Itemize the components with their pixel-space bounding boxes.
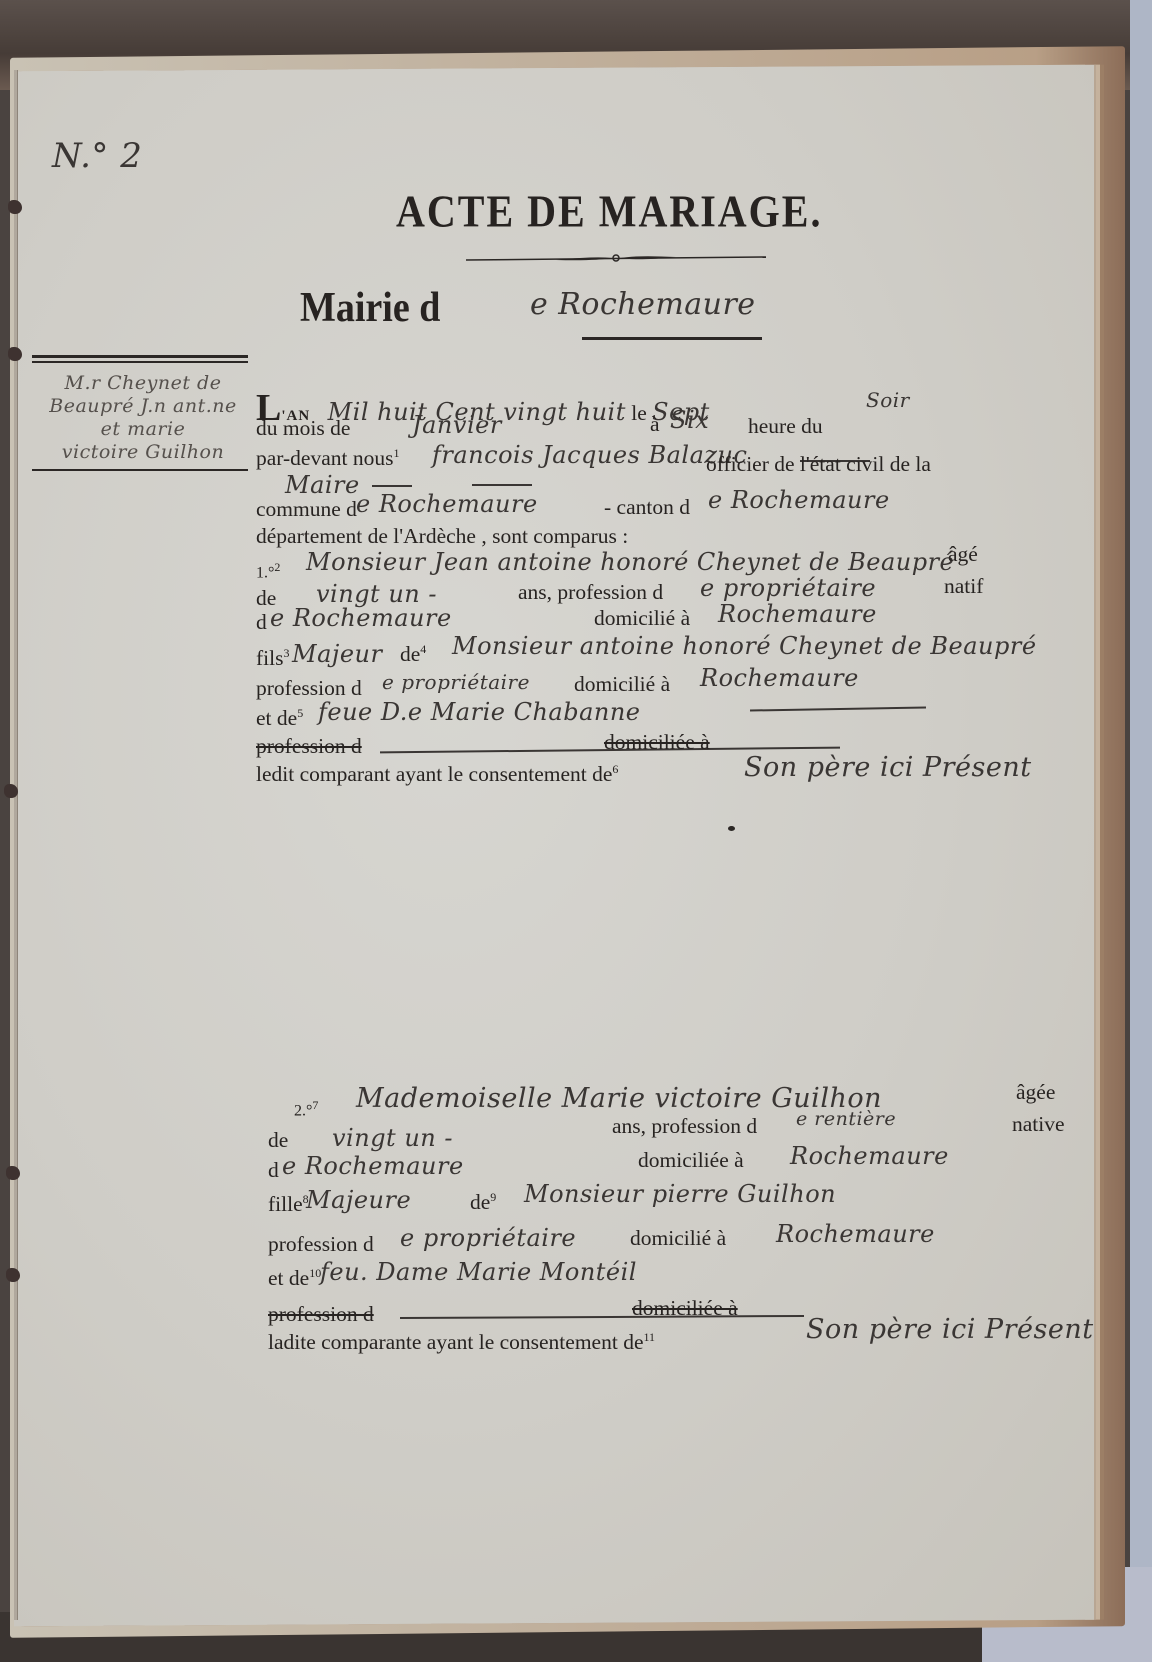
margin-note-line: Beaupré J.n ant.ne	[38, 395, 248, 418]
mairie-underline	[582, 337, 762, 340]
bride-age-label: âgée	[1016, 1080, 1055, 1105]
bride-birthplace-label: d	[268, 1158, 279, 1183]
consent-label: ledit comparant ayant le consentement de	[256, 762, 612, 786]
binding-stitch	[6, 1268, 20, 1282]
fill-rule	[472, 484, 532, 486]
bride-mother-domicile-struck: domiciliée à	[632, 1296, 738, 1321]
groom-consent-line: ledit comparant ayant le consentement de…	[256, 762, 618, 787]
groom-profession-label: ans, profession d	[518, 580, 663, 605]
bride-age-value: vingt un -	[332, 1124, 453, 1152]
bride-profession-label: ans, profession d	[612, 1114, 757, 1139]
groom-mother-line: et de5	[256, 706, 303, 731]
officer-name-value: francois Jacques Balazuc	[432, 441, 747, 469]
groom-age-label: âgé	[948, 542, 978, 567]
canton-label: - canton d	[604, 495, 690, 520]
bride-majeure-value: Majeure	[306, 1186, 411, 1214]
le-label: le	[631, 401, 647, 425]
groom-majeur-value: Majeur	[292, 640, 382, 668]
canton-value: e Rochemaure	[708, 486, 890, 514]
groom-natif-label: natif	[944, 574, 983, 599]
par-devant-line: par-devant nous1	[256, 446, 399, 471]
consent-label: ladite comparante ayant le consentement …	[268, 1330, 643, 1354]
bride-fille-line: fille8	[268, 1192, 309, 1217]
footnote-marker: 5	[297, 706, 303, 720]
acte-number: N.° 2	[52, 136, 142, 176]
binding-stitch	[8, 200, 22, 214]
bride-birthplace-value: e Rochemaure	[282, 1152, 464, 1180]
mairie-value: e Rochemaure	[530, 287, 756, 322]
bride-native-label: native	[1012, 1112, 1065, 1137]
bride-domicile-label: domiciliée à	[638, 1148, 744, 1173]
groom-mother-profession-struck: profession d	[256, 734, 362, 759]
margin-rule	[32, 355, 248, 358]
groom-birthplace-label: d	[256, 610, 267, 635]
footnote-marker: 7	[312, 1098, 318, 1112]
groom-number: 1.°2	[256, 560, 280, 582]
officier-label: officier de l'état civil de la	[706, 452, 931, 477]
groom-name-value: Monsieur Jean antoine honoré Cheynet de …	[306, 548, 954, 576]
time-of-day-value: Soir	[866, 388, 910, 412]
groom-domicile-label: domicilié à	[594, 606, 690, 631]
margin-note-line: M.r Cheynet de	[38, 372, 248, 395]
du-mois-label: du mois de	[256, 416, 350, 441]
groom-profession-value: e propriétaire	[700, 574, 876, 602]
groom-mother-name-value: feue D.e Marie Chabanne	[318, 698, 641, 726]
footnote-marker: 6	[612, 762, 618, 776]
title-flourish-divider	[466, 253, 766, 265]
footnote-marker: 9	[490, 1190, 496, 1204]
bride-mother-line: et de10	[268, 1266, 321, 1291]
margin-rule	[32, 361, 248, 363]
groom-father-profession-value: e propriétaire	[382, 670, 530, 694]
et-de-label: et de	[268, 1266, 309, 1290]
bride-consent-line: ladite comparante ayant le consentement …	[268, 1330, 655, 1355]
month-value: Janvier	[412, 411, 502, 439]
background-right	[1130, 0, 1152, 1662]
groom-domicile-value: Rochemaure	[718, 600, 877, 628]
groom-father-domicile-value: Rochemaure	[700, 664, 859, 692]
groom-father-name-value: Monsieur antoine honoré Cheynet de Beaup…	[452, 632, 1037, 660]
departement-label: département de l'Ardèche , sont comparus…	[256, 524, 628, 549]
bride-de-label: de	[268, 1128, 288, 1153]
heure-du-label: heure du	[748, 414, 823, 439]
margin-rule	[32, 469, 248, 471]
groom-birthplace-value: e Rochemaure	[270, 604, 452, 632]
de-label: de	[470, 1190, 490, 1214]
binding-fold	[14, 70, 18, 1620]
footnote-marker: 2	[274, 560, 280, 574]
fils-label: fils	[256, 646, 283, 670]
binding-stitch	[4, 784, 18, 798]
page-title: ACTE DE MARIAGE.	[396, 184, 822, 238]
a-label: à	[650, 412, 660, 437]
footnote-marker: 1	[393, 446, 399, 460]
groom-consent-value: Son père ici Présent	[744, 752, 1032, 783]
commune-label: commune d	[256, 497, 357, 522]
bride-consent-value: Son père ici Présent	[806, 1314, 1094, 1345]
bride-father-profession-label: profession d	[268, 1232, 374, 1257]
commune-value: e Rochemaure	[356, 490, 538, 518]
groom-father-domicile-label: domicilié à	[574, 672, 670, 697]
groom-mother-domicile-struck: domiciliée à	[604, 730, 710, 755]
bride-number-label: 2.°	[294, 1102, 312, 1119]
et-de-label: et de	[256, 706, 297, 730]
bride-domicile-value: Rochemaure	[790, 1142, 949, 1170]
bride-number: 2.°7	[294, 1098, 318, 1120]
par-devant-label: par-devant nous	[256, 446, 393, 470]
groom-number-label: 1.°	[256, 564, 274, 581]
fill-rule	[372, 485, 412, 487]
footnote-marker: 4	[420, 642, 426, 656]
footnote-marker: 3	[283, 646, 289, 660]
fille-label: fille	[268, 1192, 303, 1216]
de-label: de	[400, 642, 420, 666]
bride-father-domicile-value: Rochemaure	[776, 1220, 935, 1248]
binding-stitch	[8, 347, 22, 361]
mairie-label: Mairie d	[300, 283, 440, 332]
ink-spot	[728, 826, 735, 831]
officer-title-value: Maire	[285, 471, 360, 499]
groom-father-de: de4	[400, 642, 426, 667]
margin-note: M.r Cheynet de Beaupré J.n ant.ne et mar…	[38, 372, 248, 464]
hour-value: Six	[670, 406, 709, 434]
margin-note-line: victoire Guilhon	[38, 441, 248, 464]
bride-father-profession-value: e propriétaire	[400, 1224, 576, 1252]
groom-fils-line: fils3	[256, 646, 289, 671]
binding-stitch	[6, 1166, 20, 1180]
bride-father-de: de9	[470, 1190, 496, 1215]
footnote-marker: 11	[643, 1330, 655, 1344]
margin-note-line: et marie	[38, 418, 248, 441]
bride-profession-value: e rentière	[796, 1108, 896, 1130]
bride-father-name-value: Monsieur pierre Guilhon	[524, 1180, 836, 1208]
bride-mother-profession-struck: profession d	[268, 1302, 374, 1327]
bride-mother-name-value: feu. Dame Marie Montéil	[320, 1258, 637, 1286]
bride-father-domicile-label: domicilié à	[630, 1226, 726, 1251]
